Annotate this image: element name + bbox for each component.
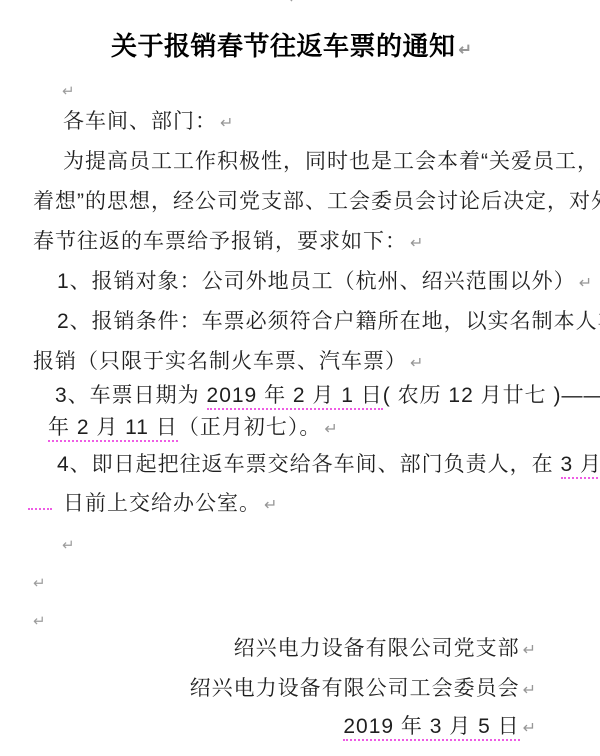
list-item-text: （正月初七）。 bbox=[178, 416, 322, 439]
list-item-text: 4、即日起把往返车票交给各车间、部门负责人，在 bbox=[57, 453, 561, 476]
paragraph-mark: ↵ bbox=[288, 0, 301, 7]
signature-org-1: 绍兴电力设备有限公司党支部↵ bbox=[33, 637, 550, 663]
signature-text: 绍兴电力设备有限公司党支部 bbox=[234, 637, 520, 660]
paragraph-mark: ↵ bbox=[579, 275, 592, 292]
grammar-underline-date: 2019 年 2 月 1 日 bbox=[207, 384, 383, 410]
list-item-text: 2、报销条件：车票必须符合户籍所在地，以实名制本人车票 bbox=[57, 310, 600, 333]
list-item-2: 2、报销条件：车票必须符合户籍所在地，以实名制本人车票 bbox=[57, 310, 600, 334]
grammar-underline-date: 3 月 11 bbox=[561, 453, 600, 479]
list-item-1: 1、报销对象：公司外地员工（杭州、绍兴范围以外）↵ bbox=[57, 270, 600, 296]
paragraph-mark: ↵ bbox=[459, 42, 472, 59]
list-item-text: 3、车票日期为 bbox=[55, 384, 207, 407]
paragraph-mark: ↵ bbox=[523, 682, 536, 699]
body-line: 为提高员工工作积极性，同时也是工会本着“关爱员工，为员工 bbox=[63, 150, 600, 174]
list-item-text: 1、报销对象：公司外地员工（杭州、绍兴范围以外） bbox=[57, 270, 576, 293]
paragraph-mark: ↵ bbox=[410, 355, 423, 372]
signature-org-2: 绍兴电力设备有限公司工会委员会↵ bbox=[33, 677, 550, 703]
grammar-underline-fragment bbox=[28, 490, 52, 510]
list-item-4-continuation: 日前上交给办公室。↵ bbox=[28, 490, 588, 518]
paragraph-mark: ↵ bbox=[523, 720, 536, 737]
body-text: 春节往返的车票给予报销，要求如下： bbox=[33, 230, 407, 253]
salutation-text: 各车间、部门： bbox=[63, 110, 217, 133]
paragraph-mark: ↵ bbox=[62, 536, 75, 554]
list-item-4: 4、即日起把往返车票交给各车间、部门负责人，在 3 月 11 bbox=[57, 453, 600, 477]
body-line: 着想”的思想，经公司党支部、工会委员会讨论后决定，对外地员工 bbox=[33, 190, 593, 214]
paragraph-mark: ↵ bbox=[33, 612, 46, 630]
body-text: 着想”的思想，经公司党支部、工会委员会讨论后决定，对外地员工 bbox=[33, 190, 600, 213]
list-item-text: 日前上交给办公室。 bbox=[63, 492, 261, 515]
list-item-text: 报销（只限于实名制火车票、汽车票） bbox=[33, 350, 407, 373]
document-title: 关于报销春节往返车票的通知↵ bbox=[33, 26, 550, 63]
salutation-line: 各车间、部门：↵ bbox=[63, 110, 600, 136]
paragraph-mark: ↵ bbox=[264, 497, 277, 514]
paragraph-mark: ↵ bbox=[220, 115, 233, 132]
body-line: 春节往返的车票给予报销，要求如下：↵ bbox=[33, 230, 593, 256]
signature-text: 绍兴电力设备有限公司工会委员会 bbox=[190, 677, 520, 700]
list-item-3-continuation: 年 2 月 11 日（正月初七）。↵ bbox=[48, 416, 600, 442]
paragraph-mark: ↵ bbox=[410, 235, 423, 252]
list-item-3: 3、车票日期为 2019 年 2 月 1 日( 农历 12 月廿七 )——201… bbox=[55, 384, 600, 408]
grammar-underline-date: 2019 年 3 月 5 日 bbox=[343, 715, 519, 741]
paragraph-mark: ↵ bbox=[523, 642, 536, 659]
grammar-underline-date: 年 2 月 11 日 bbox=[48, 416, 178, 442]
document-page: ↵ 关于报销春节往返车票的通知↵ ↵ 各车间、部门：↵ 为提高员工工作积极性，同… bbox=[0, 0, 600, 756]
list-item-text: ( 农历 12 月廿七 )—— bbox=[383, 384, 600, 407]
paragraph-mark: ↵ bbox=[324, 421, 337, 438]
document-title-text: 关于报销春节往返车票的通知 bbox=[111, 31, 456, 61]
paragraph-mark: ↵ bbox=[33, 574, 46, 592]
paragraph-mark: ↵ bbox=[62, 82, 75, 100]
list-item-2-continuation: 报销（只限于实名制火车票、汽车票）↵ bbox=[33, 350, 593, 376]
body-text: 为提高员工工作积极性，同时也是工会本着“关爱员工，为员工 bbox=[63, 150, 600, 173]
signature-date: 2019 年 3 月 5 日↵ bbox=[33, 715, 550, 741]
